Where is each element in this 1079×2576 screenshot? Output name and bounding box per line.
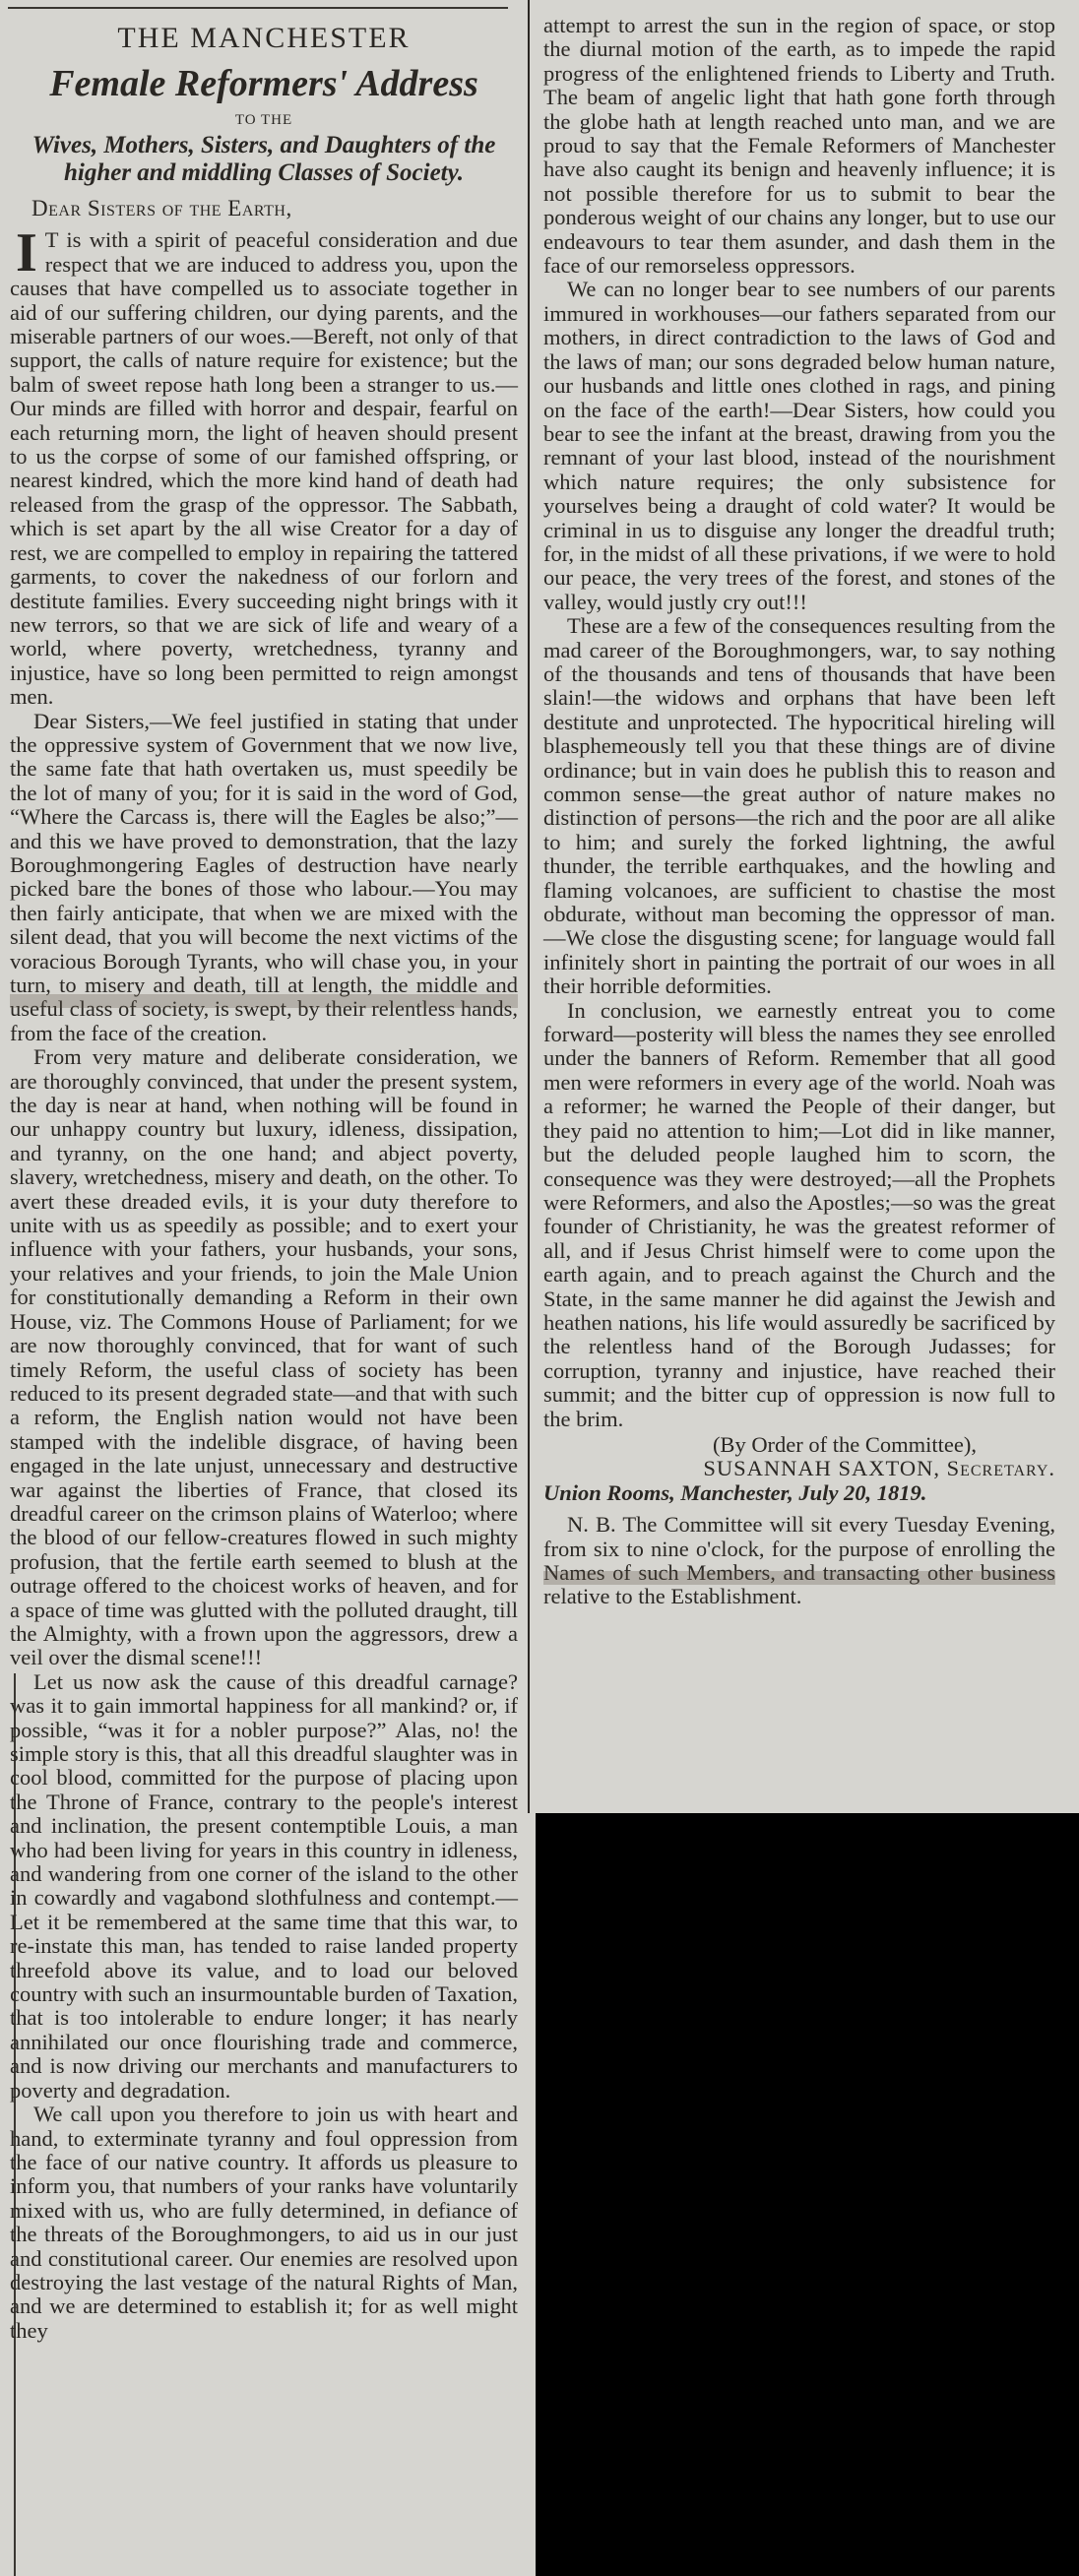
paragraph: We call upon you therefore to join us wi…: [10, 2103, 518, 2343]
paragraph: These are a few of the consequences resu…: [543, 614, 1055, 999]
empty-region: [536, 1813, 1079, 2576]
paragraph: From very mature and deliberate consider…: [10, 1045, 518, 1670]
salutation: Dear Sisters of the Earth,: [32, 197, 518, 220]
fold-stain: [543, 1571, 1055, 1585]
drop-cap: I: [16, 230, 37, 276]
masthead-to: TO THE: [10, 110, 518, 130]
signoff-order: (By Order of the Committee),: [543, 1433, 1055, 1457]
right-column: attempt to arrest the sun in the region …: [543, 14, 1055, 1609]
left-column: THE MANCHESTER Female Reformers' Address…: [10, 14, 518, 2343]
top-rule: [8, 7, 508, 9]
signoff-place-date: Union Rooms, Manchester, July 20, 1819.: [543, 1481, 1055, 1505]
fold-stain: [10, 994, 518, 1008]
nota-bene: N. B. The Committee will sit every Tuesd…: [543, 1513, 1055, 1609]
signoff-name: SUSANNAH SAXTON, Secretary.: [543, 1457, 1055, 1480]
paragraph: IT is with a spirit of peaceful consider…: [10, 228, 518, 709]
column-divider: [528, 0, 530, 1813]
secretary-name: SUSANNAH SAXTON,: [703, 1456, 940, 1480]
secretary-role: Secretary.: [947, 1456, 1055, 1480]
masthead-audience: Wives, Mothers, Sisters, and Daughters o…: [10, 132, 518, 187]
masthead-subtitle: Female Reformers' Address: [10, 63, 518, 104]
paragraph-text: T is with a spirit of peaceful considera…: [10, 227, 518, 709]
paragraph: attempt to arrest the sun in the region …: [543, 14, 1055, 278]
paragraph: We can no longer bear to see numbers of …: [543, 278, 1055, 614]
paragraph: In conclusion, we earnestly entreat you …: [543, 999, 1055, 1431]
paragraph: Let us now ask the cause of this dreadfu…: [10, 1670, 518, 2103]
masthead-title: THE MANCHESTER: [10, 22, 518, 55]
